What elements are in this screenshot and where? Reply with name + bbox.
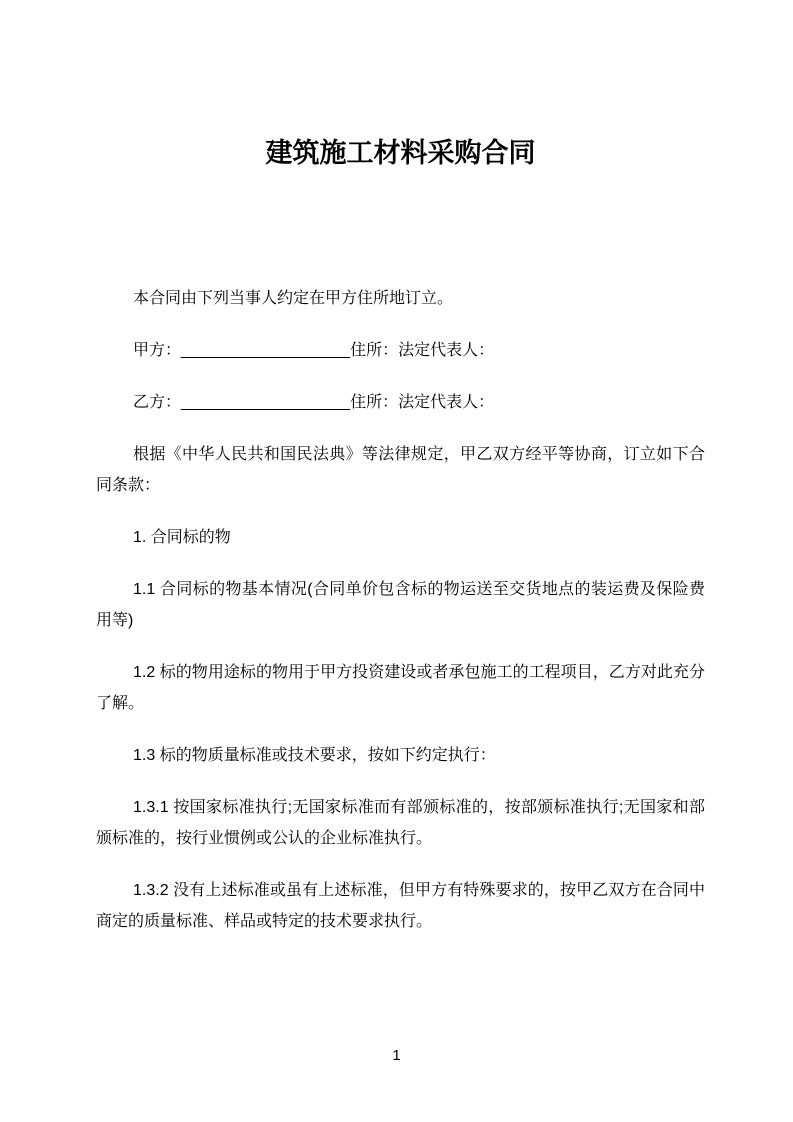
legal-basis-paragraph: 根据《中华人民共和国民法典》等法律规定，甲乙双方经平等协商，订立如下合同条款： [96,439,705,501]
clause-1-2-paragraph: 1.2 标的物用途标的物用于甲方投资建设或者承包施工的工程项目，乙方对此充分了解… [96,657,705,719]
party-a-line: 甲方：___________________住所：法定代表人： [96,335,705,366]
clause-1-1-paragraph: 1.1 合同标的物基本情况(合同单价包含标的物运送至交货地点的装运费及保险费用等… [96,574,705,636]
clause-1-3-1-paragraph: 1.3.1 按国家标准执行;无国家标准而有部颁标准的，按部颁标准执行;无国家和部… [96,792,705,854]
clause-1-3-paragraph: 1.3 标的物质量标准或技术要求，按如下约定执行： [96,740,705,771]
clause-1-heading: 1. 合同标的物 [96,522,705,553]
page-title: 建筑施工材料采购合同 [96,135,705,171]
clause-1-3-2-paragraph: 1.3.2 没有上述标准或虽有上述标准，但甲方有特殊要求的，按甲乙双方在合同中商… [96,875,705,937]
intro-paragraph: 本合同由下列当事人约定在甲方住所地订立。 [96,283,705,314]
party-b-line: 乙方：___________________住所：法定代表人： [96,387,705,418]
page-number: 1 [0,1046,793,1066]
document-page: 建筑施工材料采购合同 本合同由下列当事人约定在甲方住所地订立。 甲方：_____… [0,0,793,1122]
